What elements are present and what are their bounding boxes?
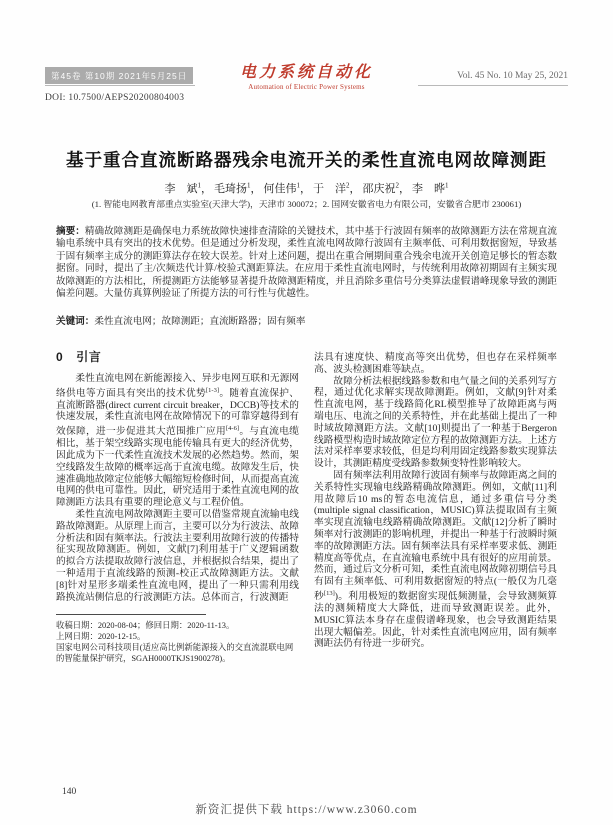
footnote-rule bbox=[56, 614, 206, 615]
keywords-block: 关键词：柔性直流电网；故障测距；直流断路器；固有频率 bbox=[56, 316, 557, 328]
author-name: 邵庆祝2， bbox=[363, 183, 411, 195]
footnote-block: 收稿日期：2020-08-04；修回日期：2020-11-13。上网日期：202… bbox=[56, 614, 299, 664]
body-paragraph: 固有频率法利用故障行波固有频率与故障距离之间的关系特性实现输电线路精确故障测距。… bbox=[314, 470, 557, 650]
author-name: 于 洋2， bbox=[313, 183, 361, 195]
watermark-text: 新资汇提供下载 https://www.z3060.com bbox=[0, 801, 613, 817]
page-number: 140 bbox=[62, 787, 76, 797]
journal-name-en: Automation of Electric Power Systems bbox=[202, 83, 412, 92]
article-title: 基于重合直流断路器残余电流开关的柔性直流电网故障测距 bbox=[40, 147, 573, 172]
footnote-line: 上网日期：2020-12-15。 bbox=[56, 631, 299, 642]
left-column: 0引言 柔性直流电网在新能源接入、异步电网互联和无源网络供电等方面具有突出的技术… bbox=[56, 352, 299, 664]
section-heading-introduction: 0引言 bbox=[56, 352, 299, 364]
keywords-label: 关键词： bbox=[56, 316, 94, 327]
doi-text: DOI: 10.7500/AEPS20200804003 bbox=[45, 93, 184, 103]
body-paragraph: 法具有速度快、精度高等突出优势，但也存在采样频率高、波头检测困难等缺点。 bbox=[314, 352, 557, 376]
header-divider-right bbox=[418, 85, 568, 86]
section-number: 0 bbox=[56, 350, 63, 364]
section-title: 引言 bbox=[76, 350, 101, 364]
abstract-label: 摘要： bbox=[56, 226, 85, 237]
journal-header: 第45卷 第10期 2021年5月25日 DOI: 10.7500/AEPS20… bbox=[45, 63, 568, 111]
body-paragraph: 故障分析法根据线路参数和电气量之间的关系列写方程，通过优化求解实现故障测距。例如… bbox=[314, 376, 557, 470]
right-column: 法具有速度快、精度高等突出优势，但也存在采样频率高、波头检测困难等缺点。 故障分… bbox=[314, 352, 557, 664]
author-name: 何佳伟1， bbox=[264, 183, 312, 195]
body-paragraph: 柔性直流电网在新能源接入、异步电网互联和无源网络供电等方面具有突出的技术优势[1… bbox=[56, 373, 299, 509]
footnote-lines: 收稿日期：2020-08-04；修回日期：2020-11-13。上网日期：202… bbox=[56, 620, 299, 664]
abstract-text: 精确故障测距是确保电力系统故障快速排查清除的关键技术，其中基于行波固有频率的故障… bbox=[56, 226, 557, 299]
header-divider-left bbox=[45, 85, 195, 86]
keywords-text: 柔性直流电网；故障测距；直流断路器；固有频率 bbox=[94, 316, 305, 327]
author-name: 李 斌1， bbox=[165, 183, 213, 195]
footnote-line: 国家电网公司科技项目(适应高比例新能源接入的交直流混联电网的智能量保护研究，SG… bbox=[56, 642, 299, 664]
journal-name-cn: 电力系统自动化 bbox=[202, 63, 412, 83]
body-paragraph: 柔性直流电网故障测距主要可以借鉴常规直流输电线路故障测距。从原理上而言，主要可以… bbox=[56, 509, 299, 603]
body-columns: 0引言 柔性直流电网在新能源接入、异步电网互联和无源网络供电等方面具有突出的技术… bbox=[56, 352, 557, 664]
footnote-line: 收稿日期：2020-08-04；修回日期：2020-11-13。 bbox=[56, 620, 299, 631]
author-name: 毛琦扬1， bbox=[214, 183, 262, 195]
affiliation-line: (1. 智能电网教育部重点实验室(天津大学)，天津市 300072；2. 国网安… bbox=[40, 197, 573, 210]
issue-info-en: Vol. 45 No. 10 May 25, 2021 bbox=[457, 71, 568, 81]
paper-page: 第45卷 第10期 2021年5月25日 DOI: 10.7500/AEPS20… bbox=[0, 0, 613, 825]
issue-info-cn: 第45卷 第10期 2021年5月25日 bbox=[45, 67, 193, 84]
abstract-block: 摘要：精确故障测距是确保电力系统故障快速排查清除的关键技术，其中基于行波固有频率… bbox=[56, 226, 557, 301]
journal-logo: 电力系统自动化 Automation of Electric Power Sys… bbox=[202, 63, 412, 92]
author-line: 李 斌1，毛琦扬1，何佳伟1，于 洋2，邵庆祝2，李 晔1 bbox=[40, 180, 573, 196]
author-name: 李 晔1 bbox=[412, 183, 449, 195]
